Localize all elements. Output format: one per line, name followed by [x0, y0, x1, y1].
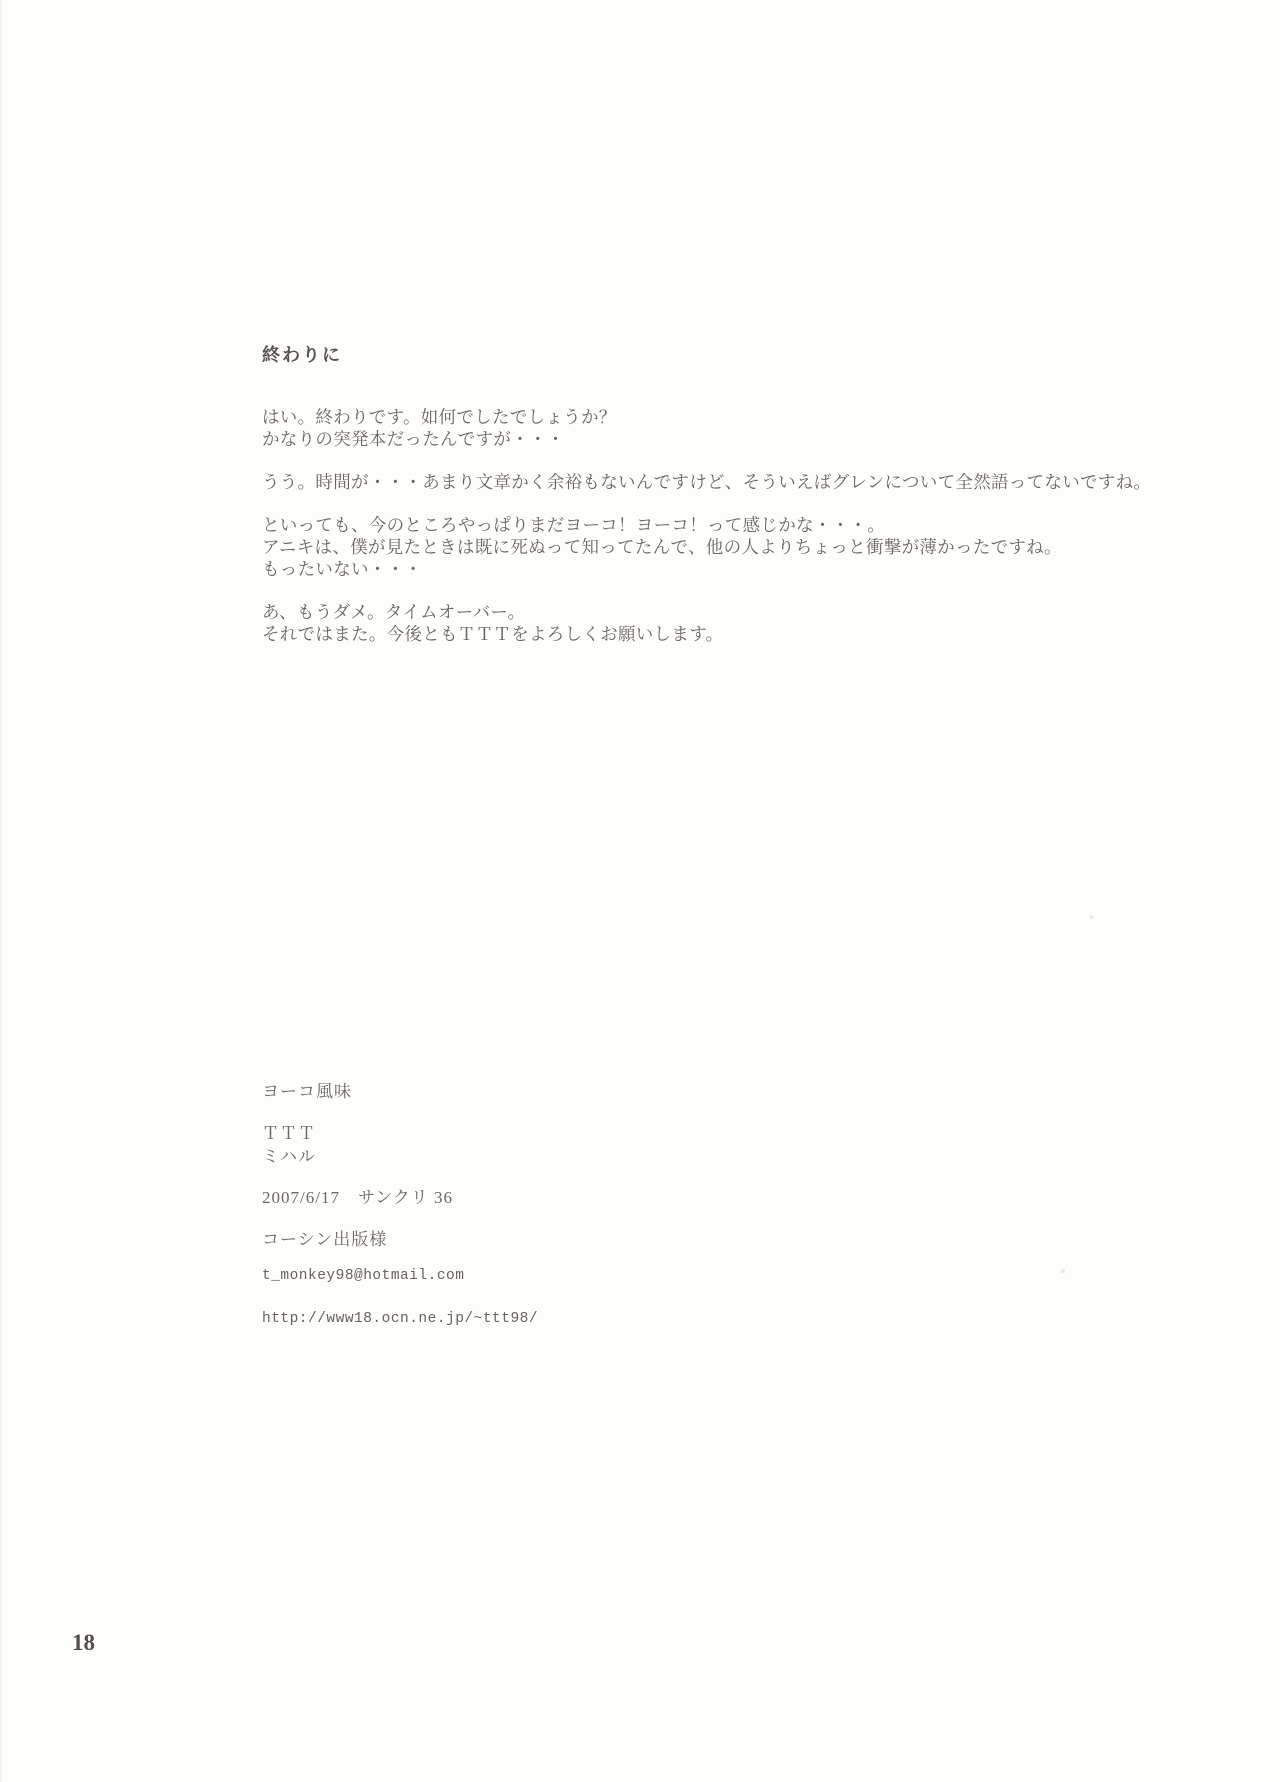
colophon-printer: コーシン出版様 — [262, 1225, 387, 1250]
afterword-line: もったいない・・・ — [262, 558, 1222, 580]
scanned-doujinshi-afterword-page: 終わりに はい。終わりです。如何でしたでしょうか？ かなりの突発本だったんですが… — [0, 0, 1280, 1782]
colophon-website-url: http://www18.ocn.ne.jp/~ttt98/ — [262, 1311, 538, 1327]
afterword-paragraph: はい。終わりです。如何でしたでしょうか？ かなりの突発本だったんですが・・・ — [262, 406, 1222, 450]
afterword-line: かなりの突発本だったんですが・・・ — [262, 428, 1222, 450]
afterword-line: それではまた。今後ともＴＴＴをよろしくお願いします。 — [262, 623, 1222, 645]
colophon-event-date: 2007/6/17 サンクリ 36 — [262, 1183, 453, 1208]
scan-edge-shadow — [0, 0, 3, 1782]
afterword-paragraph: といっても、今のところやっぱりまだヨーコ！ヨーコ！って感じかな・・・。 アニキは… — [262, 514, 1222, 580]
colophon-book-title: ヨーコ風味 — [262, 1077, 352, 1102]
afterword-paragraph: うう。時間が・・・あまり文章かく余裕もないんですけど、そういえばグレンについて全… — [262, 471, 1222, 493]
colophon-circle-name: ＴＴＴ — [262, 1119, 316, 1144]
scan-speck — [1089, 915, 1094, 919]
colophon-email-address: t_monkey98@hotmail.com — [262, 1268, 464, 1284]
afterword-body: はい。終わりです。如何でしたでしょうか？ かなりの突発本だったんですが・・・ う… — [262, 406, 1222, 666]
afterword-paragraph: あ、もうダメ。タイムオーバー。 それではまた。今後ともＴＴＴをよろしくお願いしま… — [262, 601, 1222, 645]
afterword-line: うう。時間が・・・あまり文章かく余裕もないんですけど、そういえばグレンについて全… — [262, 471, 1222, 493]
afterword-line: といっても、今のところやっぱりまだヨーコ！ヨーコ！って感じかな・・・。 — [262, 514, 1222, 536]
afterword-heading: 終わりに — [262, 341, 342, 367]
colophon-author-name: ミハル — [262, 1142, 316, 1167]
afterword-line: はい。終わりです。如何でしたでしょうか？ — [262, 406, 1222, 428]
scan-speck — [1061, 1269, 1065, 1273]
afterword-line: あ、もうダメ。タイムオーバー。 — [262, 601, 1222, 623]
page-number: 18 — [72, 1630, 95, 1656]
afterword-line: アニキは、僕が見たときは既に死ぬって知ってたんで、他の人よりちょっと衝撃が薄かっ… — [262, 536, 1222, 558]
